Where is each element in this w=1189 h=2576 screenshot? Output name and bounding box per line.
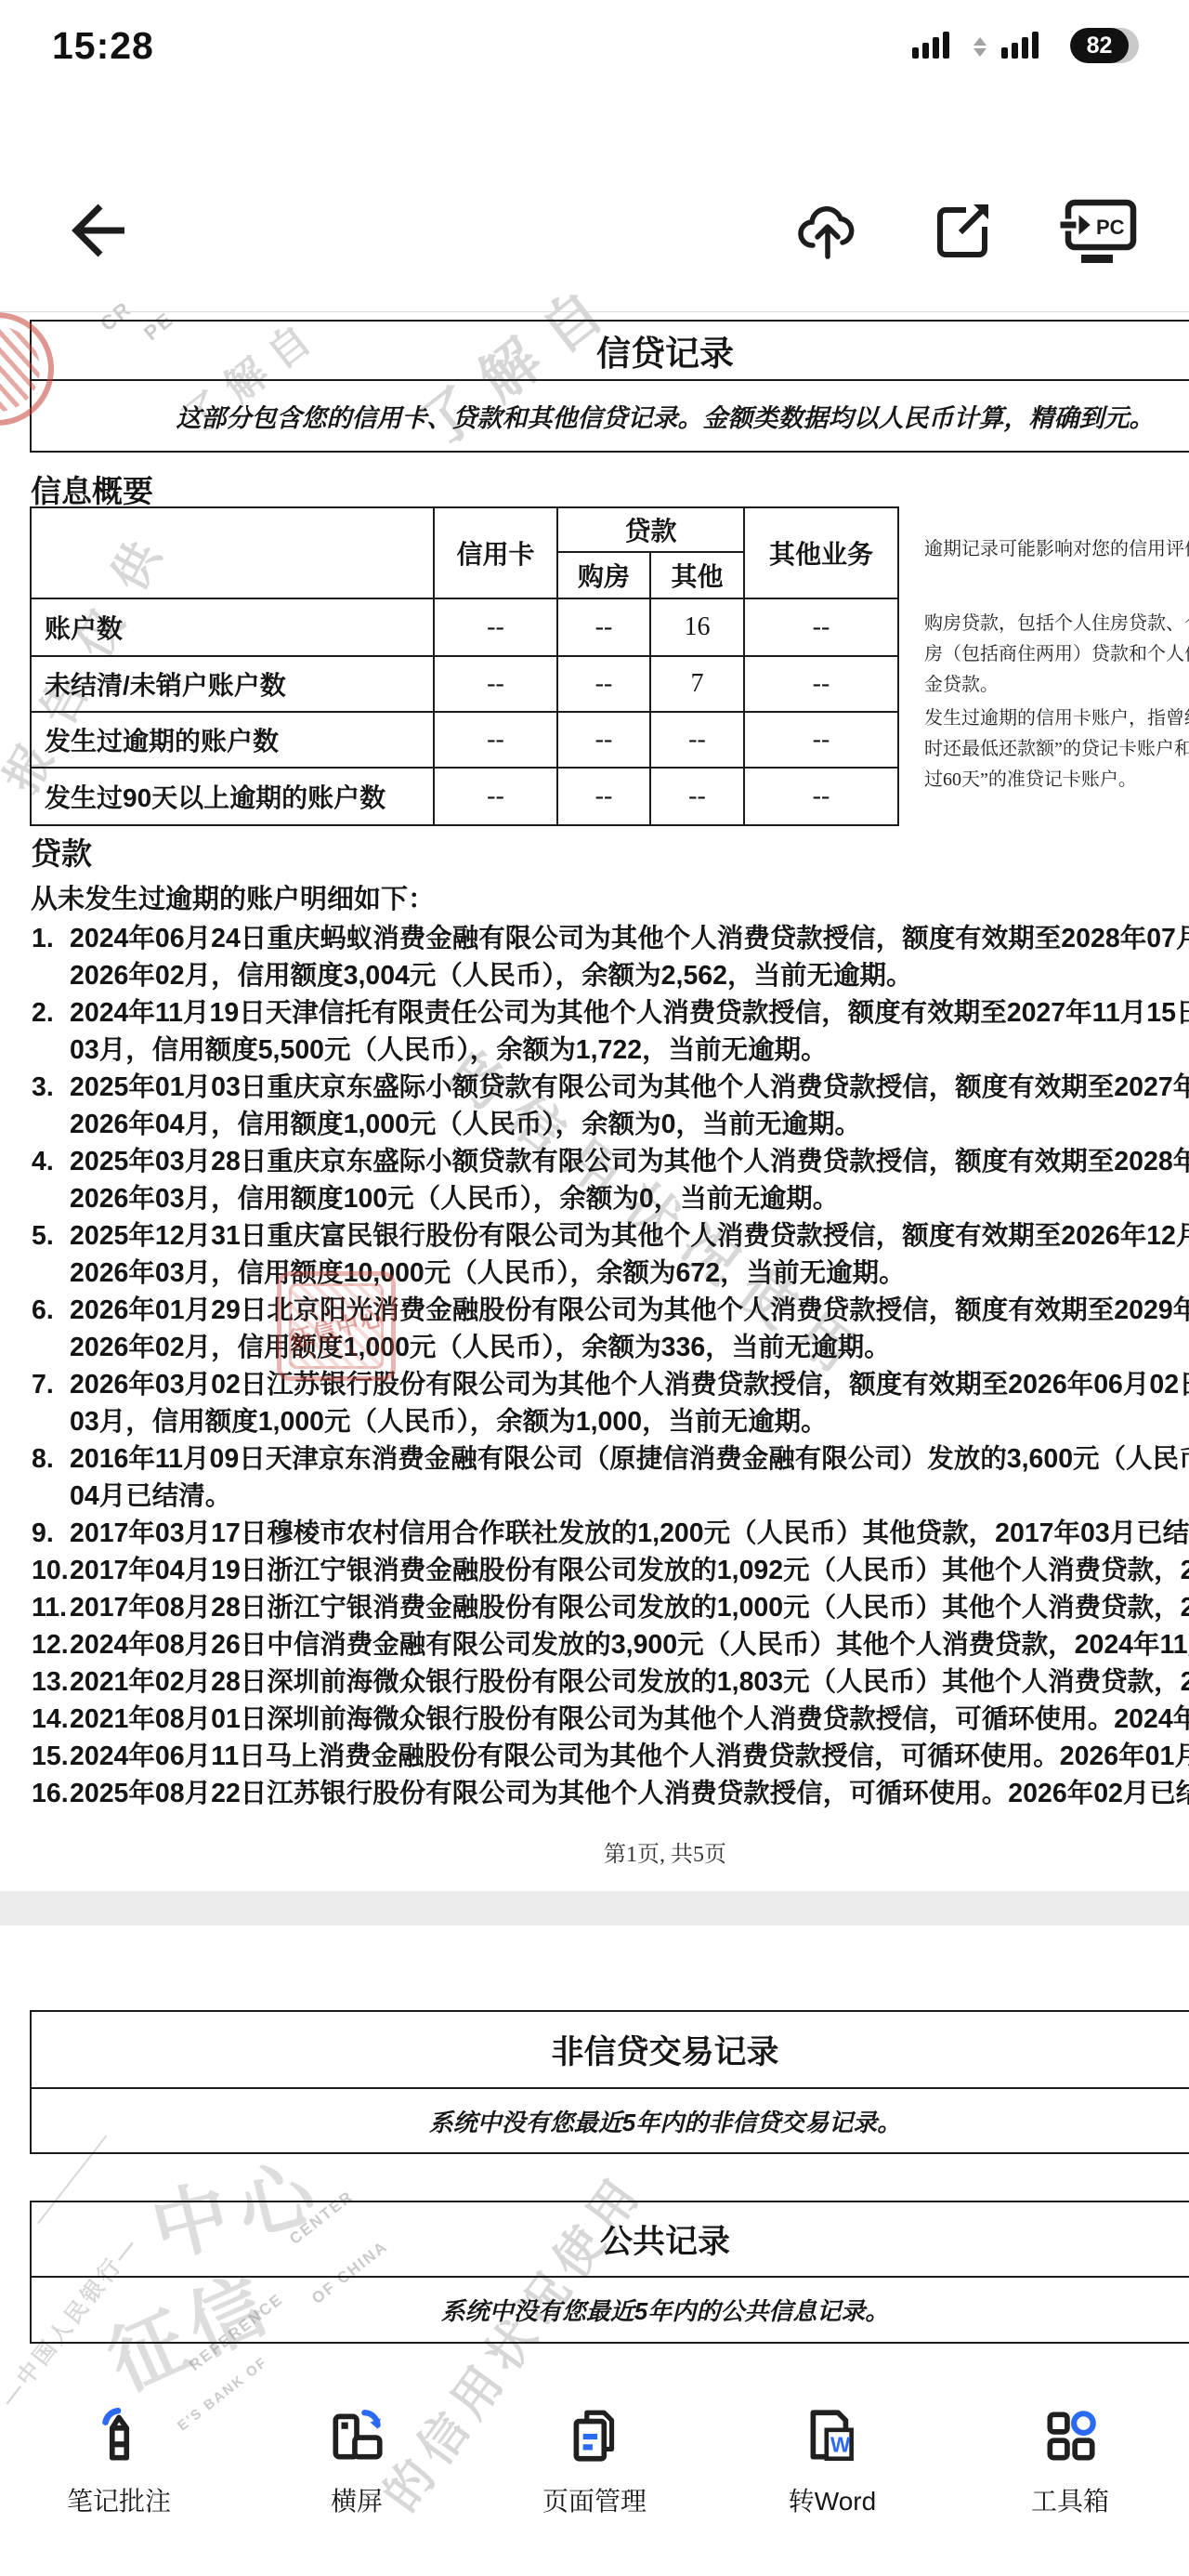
battery-indicator: 82 [1070, 28, 1139, 63]
toolbox-grid-icon [1039, 2405, 1101, 2466]
public-record-title: 公共记录 [32, 2202, 1189, 2278]
rotate-screen-icon [326, 2405, 387, 2466]
item-number: 11. [32, 1589, 67, 1626]
share-button[interactable] [933, 199, 994, 267]
side-note-card-overdue: 发生过逾期的信用卡账户，指曾经“未按时还最低还款额”的贷记卡账户和“透支超过60… [924, 703, 1189, 795]
item-line: 2017年08月28日浙江宁银消费金融股份有限公司发放的1,000元（人民币）其… [70, 1589, 1189, 1626]
bottom-item-label: 横屏 [331, 2481, 383, 2518]
loan-item: 6. 2026年01月29日北京阳光消费金融股份有限公司为其他个人消费贷款授信，… [30, 1292, 1189, 1366]
summary-col-credit-card: 信用卡 [434, 507, 557, 598]
item-line: 2026年02月，信用额度3,004元（人民币），余额为2,562，当前无逾期。 [70, 957, 1189, 994]
loan-item: 11. 2017年08月28日浙江宁银消费金融股份有限公司发放的1,000元（人… [30, 1589, 1189, 1626]
item-line: 2021年08月01日深圳前海微众银行股份有限公司为其他个人消费贷款授信，可循环… [70, 1701, 1189, 1738]
loan-item: 8. 2016年11月09日天津京东消费金融有限公司（原捷信消费金融有限公司）发… [30, 1440, 1189, 1515]
toolbox-button[interactable]: 工具箱 [951, 2379, 1189, 2576]
item-number: 14. [32, 1701, 69, 1738]
item-line: 2024年08月26日中信消费金融有限公司发放的3,900元（人民币）其他个人消… [70, 1626, 1189, 1663]
cell-value: 7 [650, 656, 744, 712]
cell-value: -- [744, 598, 898, 656]
non-credit-title: 非信贷交易记录 [32, 2012, 1189, 2089]
item-number: 1. [32, 920, 54, 957]
summary-col-house: 购房 [557, 552, 650, 598]
summary-table: 信用卡 贷款 其他业务 购房 其他 账户数 -- -- 16 -- 未结清/未销… [30, 506, 899, 826]
loan-item: 16. 2025年08月22日江苏银行股份有限公司为其他个人消费贷款授信，可循环… [30, 1775, 1189, 1812]
status-time: 15:28 [52, 24, 154, 68]
share-icon [933, 199, 994, 262]
pages-icon [564, 2405, 625, 2466]
document-page-view[interactable]: 信贷记录 这部分包含您的信用卡、贷款和其他信贷记录。金额类数据均以人民币计算，精… [0, 311, 1189, 2576]
item-number: 6. [32, 1292, 54, 1329]
item-number: 2. [32, 994, 54, 1032]
item-line: 2024年11月19日天津信托有限责任公司为其他个人消费贷款授信，额度有效期至2… [70, 994, 1189, 1032]
signal-icon-1 [912, 32, 949, 59]
cell-value: -- [434, 712, 557, 768]
item-number: 9. [32, 1515, 54, 1552]
item-line: 2026年04月，信用额度1,000元（人民币），余额为0，当前无逾期。 [70, 1106, 1189, 1143]
credit-record-box: 信贷记录 这部分包含您的信用卡、贷款和其他信贷记录。金额类数据均以人民币计算，精… [30, 320, 1189, 453]
loan-item: 1. 2024年06月24日重庆蚂蚁消费金融有限公司为其他个人消费贷款授信，额度… [30, 920, 1189, 994]
cell-value: -- [557, 656, 650, 712]
side-note-house-loan: 购房贷款，包括个人住房贷款、个人商用房（包括商住两用）贷款和个人住房公积金贷款。 [924, 609, 1189, 701]
side-note-overdue: 逾期记录可能影响对您的信用评价 [924, 534, 1189, 565]
item-number: 15. [32, 1738, 69, 1775]
bottom-item-label: 笔记批注 [67, 2481, 171, 2518]
bottom-item-label: 转Word [789, 2481, 876, 2518]
page-manage-button[interactable]: 页面管理 [476, 2379, 713, 2576]
cell-value: -- [434, 768, 557, 825]
cell-value: -- [744, 712, 898, 768]
table-row: 发生过逾期的账户数 -- -- -- -- [31, 712, 898, 768]
item-line: 2026年03月02日江苏银行股份有限公司为其他个人消费贷款授信，额度有效期至2… [70, 1366, 1189, 1403]
page-indicator: 第1页, 共5页 [30, 1835, 1189, 1868]
item-number: 13. [32, 1663, 69, 1701]
loan-item: 13. 2021年02月28日深圳前海微众银行股份有限公司发放的1,803元（人… [30, 1663, 1189, 1701]
item-line: 2026年03月，信用额度100元（人民币），余额为0，当前无逾期。 [70, 1180, 1189, 1217]
cell-value: -- [744, 656, 898, 712]
row-label: 未结清/未销户账户数 [31, 656, 434, 712]
cell-value: -- [650, 712, 744, 768]
item-number: 10. [32, 1552, 69, 1589]
summary-corner-cell [31, 507, 434, 598]
signal-icon-2 [1001, 32, 1039, 59]
summary-col-other-business: 其他业务 [744, 507, 898, 598]
data-updown-icon [973, 37, 986, 57]
loan-item: 7. 2026年03月02日江苏银行股份有限公司为其他个人消费贷款授信，额度有效… [30, 1366, 1189, 1440]
back-arrow-icon [63, 195, 130, 266]
loan-item: 9. 2017年03月17日穆棱市农村信用合作联社发放的1,200元（人民币）其… [30, 1515, 1189, 1552]
public-record-content: 系统中没有您最近5年内的公共信息记录。 [32, 2278, 1189, 2342]
loan-item: 10. 2017年04月19日浙江宁银消费金融股份有限公司发放的1,092元（人… [30, 1552, 1189, 1589]
landscape-button[interactable]: 横屏 [238, 2379, 476, 2576]
loan-item: 3. 2025年01月03日重庆京东盛际小额贷款有限公司为其他个人消费贷款授信，… [30, 1069, 1189, 1143]
item-line: 2025年03月28日重庆京东盛际小额贷款有限公司为其他个人消费贷款授信，额度有… [70, 1143, 1189, 1180]
item-line: 03月，信用额度5,500元（人民币），余额为1,722，当前无逾期。 [70, 1032, 1189, 1069]
cell-value: -- [434, 598, 557, 656]
page-top-edge [0, 311, 1189, 312]
cloud-upload-icon [795, 197, 860, 264]
convert-to-word-button[interactable]: W 转Word [713, 2379, 951, 2576]
loan-heading: 贷款 [31, 830, 92, 874]
marker-pen-icon [88, 2405, 150, 2466]
credit-record-title: 信贷记录 [32, 322, 1189, 381]
item-line: 2026年02月，信用额度1,000元（人民币），余额为336，当前无逾期。 [70, 1329, 1189, 1366]
word-letter: W [830, 2433, 851, 2457]
item-line: 2021年02月28日深圳前海微众银行股份有限公司发放的1,803元（人民币）其… [70, 1663, 1189, 1701]
page-separator [0, 1891, 1189, 1925]
non-credit-record-box: 非信贷交易记录 系统中没有您最近5年内的非信贷交易记录。 [30, 2010, 1189, 2154]
bottom-item-label: 工具箱 [1031, 2481, 1109, 2518]
table-row: 账户数 -- -- 16 -- [31, 598, 898, 656]
loan-item: 2. 2024年11月19日天津信托有限责任公司为其他个人消费贷款授信，额度有效… [30, 994, 1189, 1069]
table-row: 未结清/未销户账户数 -- -- 7 -- [31, 656, 898, 712]
item-number: 3. [32, 1069, 54, 1106]
screen: 15:28 82 P [0, 0, 1189, 2576]
item-line: 2025年08月22日江苏银行股份有限公司为其他个人消费贷款授信，可循环使用。2… [70, 1775, 1189, 1812]
cloud-upload-button[interactable] [795, 197, 860, 269]
send-to-pc-button[interactable]: PC [1057, 195, 1143, 274]
summary-col-loan: 贷款 [557, 507, 744, 552]
pc-icon-label: PC [1096, 216, 1125, 239]
item-line: 2026年03月，信用额度10,000元（人民币），余额为672，当前无逾期。 [70, 1255, 1189, 1292]
item-number: 16. [32, 1775, 69, 1812]
loan-item: 14. 2021年08月01日深圳前海微众银行股份有限公司为其他个人消费贷款授信… [30, 1701, 1189, 1738]
bottom-toolbar: 笔记批注 横屏 页面管理 [0, 2379, 1189, 2576]
table-row: 发生过90天以上逾期的账户数 -- -- -- -- [31, 768, 898, 825]
item-number: 7. [32, 1366, 54, 1403]
item-line: 03月，信用额度1,000元（人民币），余额为1,000，当前无逾期。 [70, 1403, 1189, 1440]
public-record-box: 公共记录 系统中没有您最近5年内的公共信息记录。 [30, 2201, 1189, 2344]
item-number: 5. [32, 1217, 54, 1255]
row-label: 账户数 [31, 598, 434, 656]
battery-percent: 82 [1070, 28, 1129, 63]
summary-heading: 信息概要 [31, 467, 153, 511]
item-number: 12. [32, 1626, 69, 1663]
loan-item: 12. 2024年08月26日中信消费金融有限公司发放的3,900元（人民币）其… [30, 1626, 1189, 1663]
loan-item: 4. 2025年03月28日重庆京东盛际小额贷款有限公司为其他个人消费贷款授信，… [30, 1143, 1189, 1217]
cell-value: -- [434, 656, 557, 712]
item-line: 04月已结清。 [70, 1478, 1189, 1515]
bottom-item-label: 页面管理 [542, 2481, 647, 2518]
cell-value: -- [650, 768, 744, 825]
row-label: 发生过90天以上逾期的账户数 [31, 768, 434, 825]
back-button[interactable] [63, 195, 130, 270]
word-doc-icon: W [802, 2405, 863, 2466]
item-line: 2026年01月29日北京阳光消费金融股份有限公司为其他个人消费贷款授信，额度有… [70, 1292, 1189, 1329]
notes-annotate-button[interactable]: 笔记批注 [0, 2379, 238, 2576]
item-number: 8. [32, 1440, 54, 1478]
item-line: 2017年04月19日浙江宁银消费金融股份有限公司发放的1,092元（人民币）其… [70, 1552, 1189, 1589]
loan-item: 5. 2025年12月31日重庆富民银行股份有限公司为其他个人消费贷款授信，额度… [30, 1217, 1189, 1292]
item-line: 2025年01月03日重庆京东盛际小额贷款有限公司为其他个人消费贷款授信，额度有… [70, 1069, 1189, 1106]
item-line: 2024年06月24日重庆蚂蚁消费金融有限公司为其他个人消费贷款授信，额度有效期… [70, 920, 1189, 957]
loan-item: 15. 2024年06月11日马上消费金融股份有限公司为其他个人消费贷款授信，可… [30, 1738, 1189, 1775]
item-number: 4. [32, 1143, 54, 1180]
row-label: 发生过逾期的账户数 [31, 712, 434, 768]
non-credit-content: 系统中没有您最近5年内的非信贷交易记录。 [32, 2089, 1189, 2152]
item-line: 2025年12月31日重庆富民银行股份有限公司为其他个人消费贷款授信，额度有效期… [70, 1217, 1189, 1255]
item-line: 2017年03月17日穆棱市农村信用合作联社发放的1,200元（人民币）其他贷款… [70, 1515, 1189, 1552]
cell-value: -- [557, 598, 650, 656]
send-to-pc-icon: PC [1057, 195, 1143, 269]
cell-value: -- [557, 712, 650, 768]
loan-subheading: 从未发生过逾期的账户明细如下： [31, 878, 435, 916]
credit-record-description: 这部分包含您的信用卡、贷款和其他信贷记录。金额类数据均以人民币计算，精确到元。 [32, 381, 1189, 451]
loan-list: 1. 2024年06月24日重庆蚂蚁消费金融有限公司为其他个人消费贷款授信，额度… [30, 920, 1189, 1812]
cell-value: -- [744, 768, 898, 825]
summary-col-other: 其他 [650, 552, 744, 598]
item-line: 2016年11月09日天津京东消费金融有限公司（原捷信消费金融有限公司）发放的3… [70, 1440, 1189, 1478]
cell-value: 16 [650, 598, 744, 656]
cell-value: -- [557, 768, 650, 825]
item-line: 2024年06月11日马上消费金融股份有限公司为其他个人消费贷款授信，可循环使用… [70, 1738, 1189, 1775]
